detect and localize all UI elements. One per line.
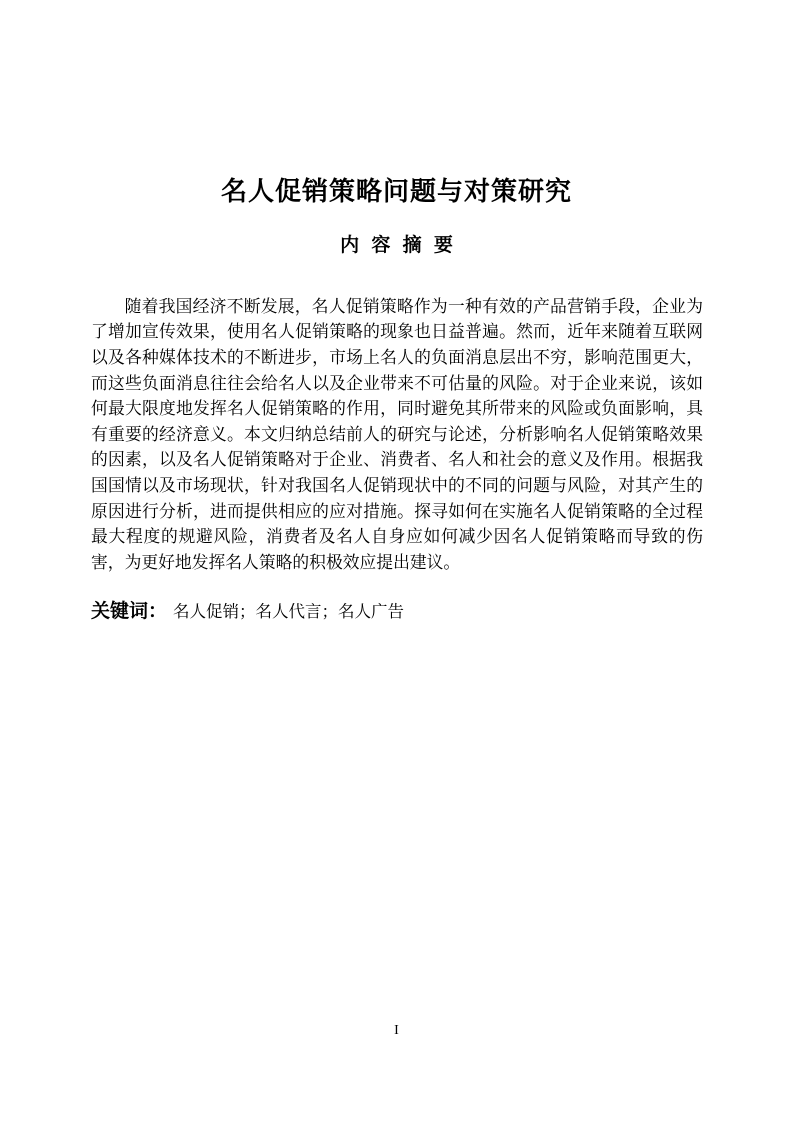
keywords-value: 名人促销；名人代言；名人广告	[173, 602, 404, 621]
document-page: 名人促销策略问题与对策研究 内 容 摘 要 随着我国经济不断发展，名人促销策略作…	[0, 0, 793, 1122]
keywords-label: 关键词：	[91, 601, 167, 622]
abstract-paragraph: 随着我国经济不断发展，名人促销策略作为一种有效的产品营销手段，企业为了增加宣传效…	[91, 294, 703, 576]
abstract-section-heading: 内 容 摘 要	[0, 234, 793, 258]
keywords-line: 关键词：名人促销；名人代言；名人广告	[91, 599, 703, 626]
page-number: I	[0, 1022, 793, 1040]
document-title: 名人促销策略问题与对策研究	[0, 175, 793, 207]
